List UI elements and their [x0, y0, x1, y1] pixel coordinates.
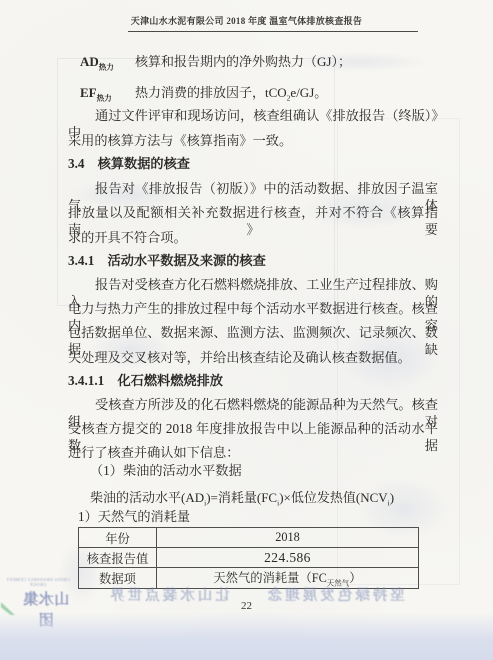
list-item-1: （1）柴油的活动水平数据 [90, 463, 242, 480]
page-header-title: 天津山水水泥有限公司 2018 年度 温室气体排放核查报告 [0, 14, 493, 27]
scanned-report-page: 天津山水水泥有限公司 2018 年度 温室气体排放核查报告 AD热力核算和报告期… [0, 0, 493, 660]
definition-description: 核算和报告期内的净外购热力（GJ）； [135, 54, 351, 69]
definition-ef-heat: EF热力热力消费的排放因子，tCO2e/GJ。 [80, 82, 327, 104]
section-heading-3-4: 3.4 核算数据的核查 [68, 156, 190, 173]
table-value-year: 2018 [157, 528, 419, 548]
table-row-data-item: 数据项 天然气的消耗量（FC天然气） [79, 568, 419, 589]
page-number: 22 [0, 600, 493, 612]
table-row-year: 年份 2018 [79, 528, 419, 548]
header-rule [128, 31, 418, 32]
paragraph-line: 采用的核算方法与《核算指南》一致。 [68, 133, 438, 150]
bleedthrough-mirrored-logo: CHINA SHANSHUI CEMENT GROUP 山水集团 [1, 577, 75, 621]
paragraph-line: 进行了核查并确认如下信息： [68, 445, 438, 462]
definition-description: 热力消费的排放因子，tCO2e/GJ。 [135, 85, 327, 100]
section-heading-3-4-1: 3.4.1 活动水平数据及来源的核查 [68, 253, 266, 270]
list-item-2: 1）天然气的消耗量 [78, 509, 190, 526]
definition-term: AD热力 [80, 54, 135, 73]
activity-level-formula: 柴油的活动水平(ADi)=消耗量(FCi)×低位发热值(NCVi) [90, 487, 394, 508]
table-row-verified-value: 核查报告值 224.586 [79, 548, 419, 568]
table-label-year: 年份 [79, 528, 157, 548]
scan-edge-band [0, 612, 493, 660]
paragraph-line: 求的开具不符合项。 [68, 230, 438, 247]
definition-ad-heat: AD热力核算和报告期内的净外购热力（GJ）； [80, 51, 351, 73]
paragraph-line: 失处理及交叉核对等，并给出核查结论及确认核查数据值。 [68, 350, 438, 367]
natural-gas-consumption-table: 年份 2018 核查报告值 224.586 数据项 天然气的消耗量（FC天然气） [78, 527, 419, 589]
definition-term: EF热力 [80, 85, 135, 104]
table-label-verified-value: 核查报告值 [79, 548, 157, 568]
table-value-verified-value: 224.586 [157, 548, 419, 568]
section-heading-3-4-1-1: 3.4.1.1 化石燃料燃烧排放 [68, 373, 223, 390]
table-label-data-item: 数据项 [79, 568, 157, 589]
table-value-data-item: 天然气的消耗量（FC天然气） [157, 568, 419, 589]
logo-english-text: CHINA SHANSHUI CEMENT GROUP [1, 577, 75, 588]
